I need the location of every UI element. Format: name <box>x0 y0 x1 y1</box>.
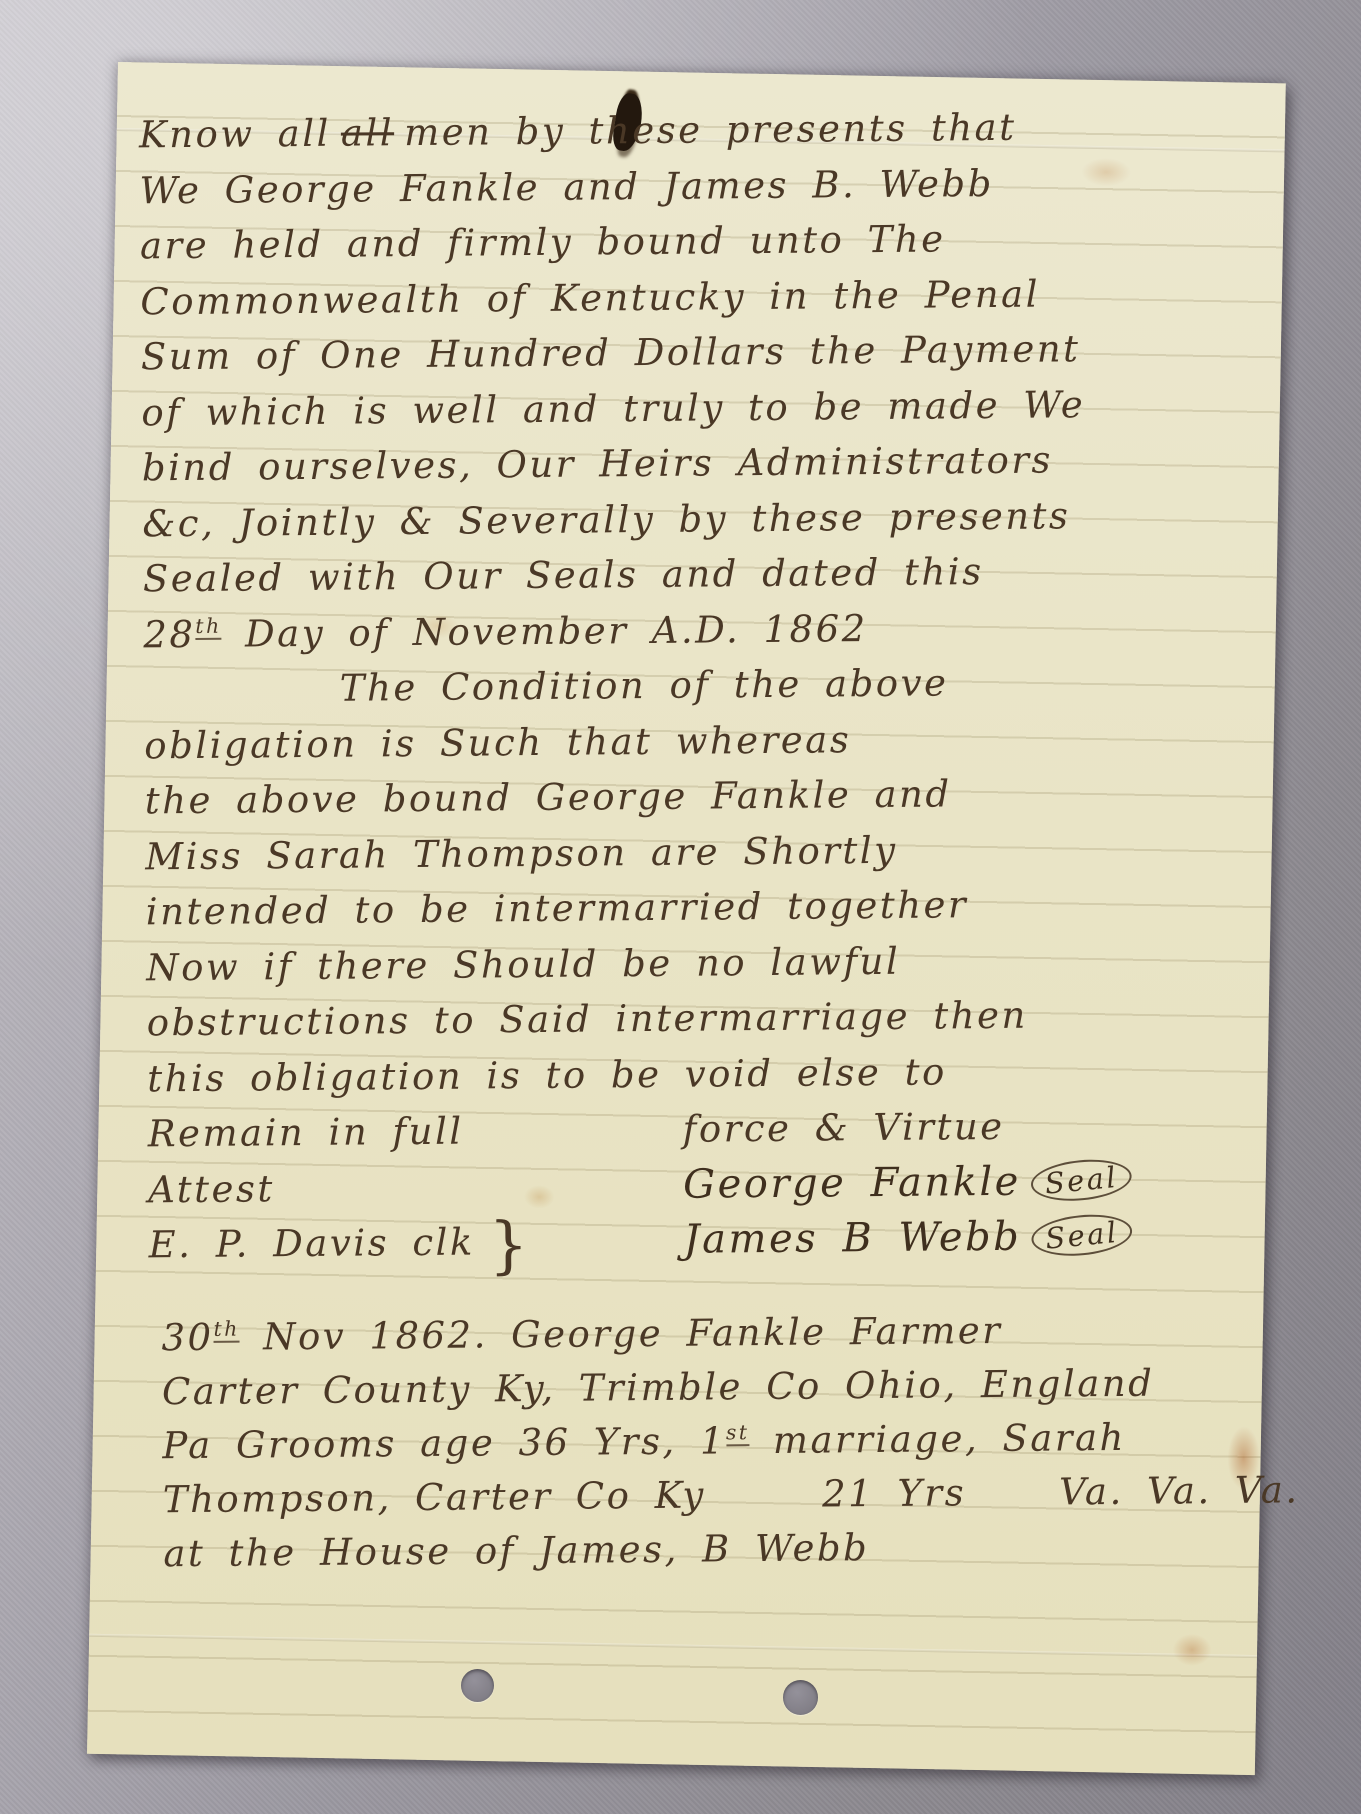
punch-hole-left <box>461 1669 494 1702</box>
body-text: Know all <box>139 112 331 157</box>
body-line: of which is well and truly to be made We <box>141 375 1267 440</box>
register-line: Thompson, Carter Co Ky 21 Yrs Va. Va. Va… <box>163 1463 1277 1527</box>
attest-label: Attest <box>148 1167 275 1211</box>
body-line: Miss Sarah Thompson are Shortly <box>145 819 1271 884</box>
desk-background: Know allallmen by these presents that We… <box>0 0 1361 1814</box>
body-line: intended to be intermarried together <box>146 875 1272 940</box>
register-line: Carter County Ky, Trimble Co Ohio, Engla… <box>162 1355 1276 1419</box>
ordinal-suffix: st <box>726 1420 750 1446</box>
register-line: Pa Grooms age 36 Yrs, 1st marriage, Sara… <box>162 1409 1276 1473</box>
body-line: Commonwealth of Kentucky in the Penal <box>140 264 1266 329</box>
signer-name: James B Webb <box>683 1214 1021 1263</box>
body-line: obligation is Such that whereas <box>144 708 1270 773</box>
register-line: 30th Nov 1862. George Fankle Farmer <box>161 1301 1275 1365</box>
document-page: Know allallmen by these presents that We… <box>87 62 1286 1775</box>
body-line: Sealed with Our Seals and dated this <box>143 542 1269 607</box>
body-line: Sum of One Hundred Dollars the Payment <box>141 320 1267 385</box>
ordinal-suffix: th <box>195 614 222 640</box>
attest-row: Attest George FankleSeal <box>148 1152 1274 1217</box>
body-line: obstructions to Said intermarriage then <box>147 986 1273 1051</box>
handwritten-text: Know allallmen by these presents that We… <box>116 53 1297 1581</box>
date-rest: Day of November A.D. 1862 <box>222 607 868 656</box>
closing-line: Remain in full force & Virtue <box>147 1097 1273 1162</box>
register-text: marriage, Sarah <box>749 1415 1126 1461</box>
register-note: 30th Nov 1862. George Fankle Farmer Cart… <box>149 1301 1277 1581</box>
struck-word: all <box>341 111 395 154</box>
register-text: Nov 1862. George Fankle Farmer <box>240 1308 1003 1358</box>
date-day: 28 <box>143 612 195 655</box>
closing-right: force & Virtue <box>682 1099 1004 1157</box>
clerk-brace: } <box>475 1208 529 1281</box>
ordinal-suffix: th <box>213 1317 240 1343</box>
register-text: Pa Grooms age 36 Yrs, 1 <box>162 1419 726 1467</box>
body-line: the above bound George Fankle and <box>145 764 1271 829</box>
body-line: The Condition of the above <box>144 653 1270 718</box>
clerk-row: E. P. Davis clk} James B WebbSeal <box>148 1208 1274 1273</box>
seal-mark: Seal <box>1029 1155 1134 1205</box>
body-line: bind ourselves, Our Heirs Administrators <box>142 431 1268 496</box>
body-line: &c, Jointly & Severally by these present… <box>142 486 1268 551</box>
punch-hole-right <box>783 1680 818 1715</box>
register-line: at the House of James, B Webb <box>163 1517 1277 1581</box>
signer-name: George Fankle <box>683 1158 1021 1207</box>
body-line: Now if there Should be no lawful <box>146 930 1272 995</box>
date-line: 28th Day of November A.D. 1862 <box>143 597 1269 662</box>
groom-signature: George FankleSeal <box>683 1153 1132 1212</box>
body-line: are held and firmly bound unto The <box>140 209 1266 274</box>
seal-mark: Seal <box>1029 1210 1134 1260</box>
closing-left: Remain in full <box>148 1110 464 1156</box>
clerk-signature: E. P. Davis clk <box>148 1221 475 1267</box>
body-line: this obligation is to be void else to <box>147 1041 1273 1106</box>
surety-signature: James B WebbSeal <box>683 1209 1132 1268</box>
register-day: 30 <box>161 1315 213 1358</box>
body-text: men by these presents that <box>404 106 1017 154</box>
foxing-stain <box>1164 1626 1221 1673</box>
body-line: Know allallmen by these presents that <box>139 98 1265 163</box>
body-line: We George Fankle and James B. Webb <box>139 153 1265 218</box>
paper-crease <box>89 1634 1257 1658</box>
